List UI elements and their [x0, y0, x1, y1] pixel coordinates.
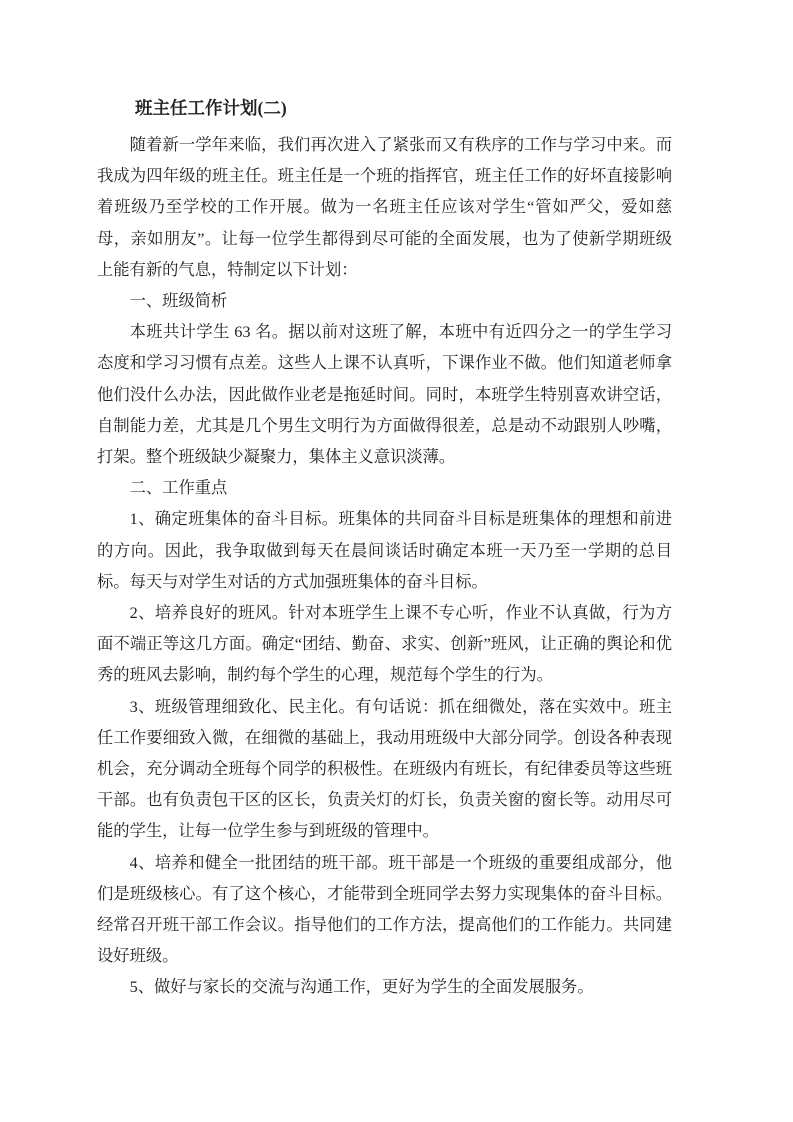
paragraph-item-2: 2、培养良好的班风。针对本班学生上课不专心听，作业不认真做，行为方面不端正等这几… — [97, 597, 672, 691]
section-heading-work-focus: 二、工作重点 — [97, 472, 672, 503]
paragraph-item-1: 1、确定班集体的奋斗目标。班集体的共同奋斗目标是班集体的理想和前进的方向。因此，… — [97, 503, 672, 597]
document-page: 班主任工作计划(二) 随着新一学年来临，我们再次进入了紧张而又有秩序的工作与学习… — [0, 0, 793, 1122]
paragraph-item-4: 4、培养和健全一批团结的班干部。班干部是一个班级的重要组成部分，他们是班级核心。… — [97, 847, 672, 972]
paragraph-item-5: 5、做好与家长的交流与沟通工作，更好为学生的全面发展服务。 — [97, 971, 672, 1002]
section-heading-class-analysis: 一、班级简析 — [97, 285, 672, 316]
paragraph-intro: 随着新一学年来临，我们再次进入了紧张而又有秩序的工作与学习中来。而我成为四年级的… — [97, 129, 672, 285]
paragraph-class-analysis: 本班共计学生 63 名。据以前对这班了解，本班中有近四分之一的学生学习态度和学习… — [97, 316, 672, 472]
document-content: 班主任工作计划(二) 随着新一学年来临，我们再次进入了紧张而又有秩序的工作与学习… — [97, 95, 672, 1003]
paragraph-item-3: 3、班级管理细致化、民主化。有句话说：抓在细微处，落在实效中。班主任工作要细致入… — [97, 691, 672, 847]
document-title: 班主任工作计划(二) — [97, 95, 672, 122]
